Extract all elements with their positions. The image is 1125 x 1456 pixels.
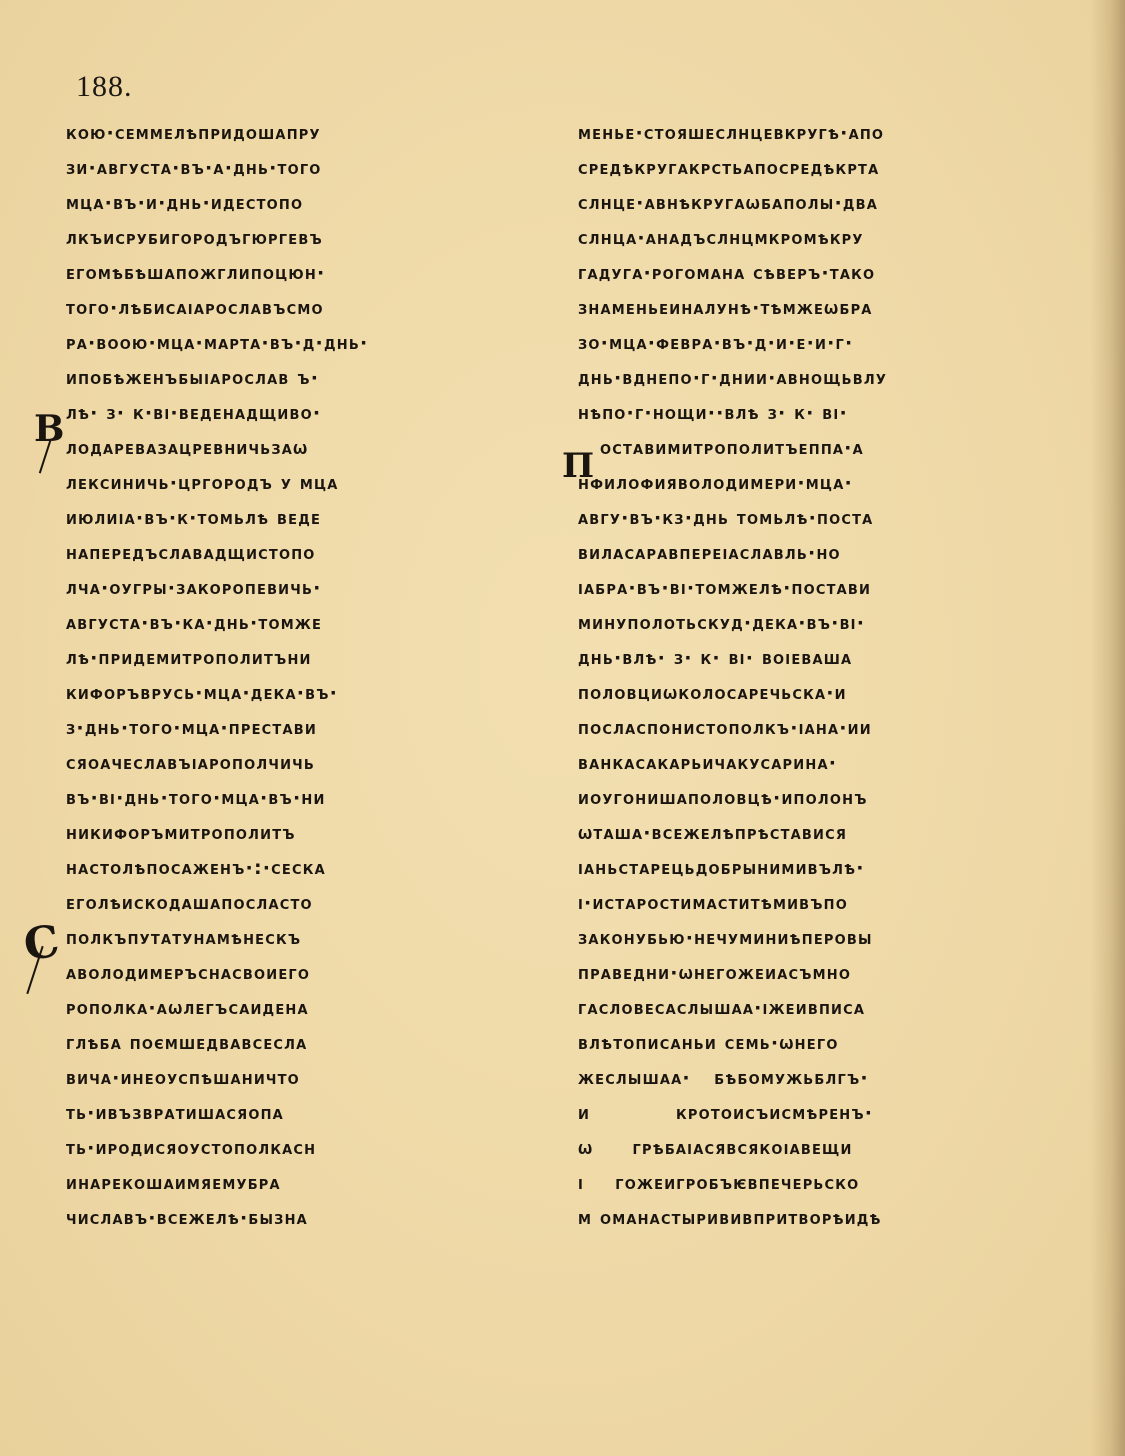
text-line: лкъисрубигородъгюргевъ (66, 221, 546, 256)
text-line: лѣ· з· к·ві·веденадщиво· (66, 396, 546, 431)
text-line: половциѡколосаречьска·и (578, 676, 1048, 711)
text-line: глѣба поємшедвавсесла (66, 1026, 546, 1061)
text-line: нѣпо·г·нощи··влѣ з· к· ві· (578, 396, 1048, 431)
text-line: того·лѣбисаıарославъсмо (66, 291, 546, 326)
text-line: менье·стояшеслнцевкругѣ·апо (578, 116, 1048, 151)
text-line: средѣкругакрстьапосредѣкрта (578, 151, 1048, 186)
text-line: ть·иродисяоустополкасн (66, 1131, 546, 1166)
text-line: зи·августа·въ·а·днь·того (66, 151, 546, 186)
text-line: ıабра·въ·ві·томжелѣ·постави (578, 571, 1048, 606)
text-column-right: менье·стояшеслнцевкругѣ·апо средѣкругакр… (578, 116, 1058, 1236)
text-line: днь·вднепо·г·днии·авнощьвлу (578, 361, 1048, 396)
text-line: рополка·аѡлегъсаидена (66, 991, 546, 1026)
text-line: въ·ві·днь·того·мца·въ·ни (66, 781, 546, 816)
text-line: минуполотьскуд·дека·въ·ві· (578, 606, 1048, 641)
text-line: вича·инеоуспѣшаничто (66, 1061, 546, 1096)
text-line: гасловесаслышаа·ıжеивписа (578, 991, 1048, 1026)
text-line: августа·въ·ка·днь·томже (66, 606, 546, 641)
text-line: гадуга·рогомана сѣверъ·тако (578, 256, 1048, 291)
text-line: посласпонистополкъ·ıана·ии (578, 711, 1048, 746)
text-line: кою·семмелѣприд​ошапру (66, 116, 546, 151)
text-line: никифоръмитрополитъ (66, 816, 546, 851)
text-line: июлиıа·въ·к·томьлѣ веде (66, 501, 546, 536)
text-line: оставимитрополитъеппа·а (578, 431, 1070, 466)
text-line: зо·мца·февра·въ·д·и·е·и·г· (578, 326, 1048, 361)
text-line: знаменьеиналунѣ·тѣмжеѡбра (578, 291, 1048, 326)
text-line: законубью·нечуминиѣперовы (578, 921, 1048, 956)
text-line: и кротоисъисмѣренъ· (578, 1096, 1048, 1131)
text-line: ванкасакарьичакусарина· (578, 746, 1048, 781)
text-line: ипобѣженъбыıарослав ъ· (66, 361, 546, 396)
text-line: лѣ·придемитрополитъни (66, 641, 546, 676)
text-line: з·днь·того·мца·престави (66, 711, 546, 746)
text-line: лча·оугры·закоропевичь· (66, 571, 546, 606)
manuscript-page: 188. В П С кою·семмелѣприд​ошапру зи·авг… (0, 0, 1125, 1456)
text-line: ѡ грѣбаıасявсякоıавещи (578, 1131, 1048, 1166)
text-line: нфилофияволодимери·мца· (578, 466, 1048, 501)
text-line: числавъ·всежелѣ·бызна (66, 1201, 546, 1236)
text-line: настолѣпосаженъ·:·сеска (66, 851, 546, 886)
text-line: лодаревазацревничьзаѡ (66, 431, 546, 466)
decorated-initial-s: С (21, 916, 63, 971)
text-line: аволодимеръснасвоиего (66, 956, 546, 991)
text-line: напередъславадщистопо (66, 536, 546, 571)
text-line: иоугонишаполовцѣ·иполонъ (578, 781, 1048, 816)
text-line: ра·воою·мца·марта·въ·д·днь· (66, 326, 546, 361)
text-line: слнце·авнѣкругаѡбаполы·два (578, 186, 1048, 221)
text-line: днь·влѣ· з· к· ві· воıеваша (578, 641, 1048, 676)
page-number: 188. (76, 70, 133, 104)
text-line: мца·въ·и·днь·идестопо (66, 186, 546, 221)
text-line: ı гожеигробъѥвпечерьско (578, 1166, 1048, 1201)
text-line: виласаравпереıаславль·но (578, 536, 1048, 571)
text-line: м оманастырививпритворѣидѣ (578, 1201, 1048, 1236)
text-line: лексиничь·цргородъ у мца (66, 466, 546, 501)
text-column-left: кою·семмелѣприд​ошапру зи·августа·въ·а·д… (66, 116, 546, 1236)
text-line: полкъпутатуна​мѣнескъ (66, 921, 546, 956)
text-line: кифоръврусь·мца·дека·въ· (66, 676, 546, 711)
text-line: инарекошаимяемубра (66, 1166, 546, 1201)
text-line: слнца·анадъслнцмкромѣкру (578, 221, 1048, 256)
text-line: жеслышаа· бѣбомужьблгъ· (578, 1061, 1048, 1096)
text-line: сяоачеславъıарополчичь (66, 746, 546, 781)
text-line: влѣтописаньи семь·ѡнего (578, 1026, 1048, 1061)
text-line: ı·истаростимаститѣмивъпо (578, 886, 1048, 921)
text-line: ѡташа·всежелѣпрѣставися (578, 816, 1048, 851)
text-line: праведни·ѡнегожеиасъмно (578, 956, 1048, 991)
text-line: ть·ивъзвратишасяопа (66, 1096, 546, 1131)
text-line: еголѣискодашапосласто (66, 886, 546, 921)
text-line: ıаньстарецьдобрынимивълѣ· (578, 851, 1048, 886)
text-line: авгу·въ·кз·днь томьлѣ·поста (578, 501, 1048, 536)
text-line: егомѣбѣшапожглипоцюн· (66, 256, 546, 291)
